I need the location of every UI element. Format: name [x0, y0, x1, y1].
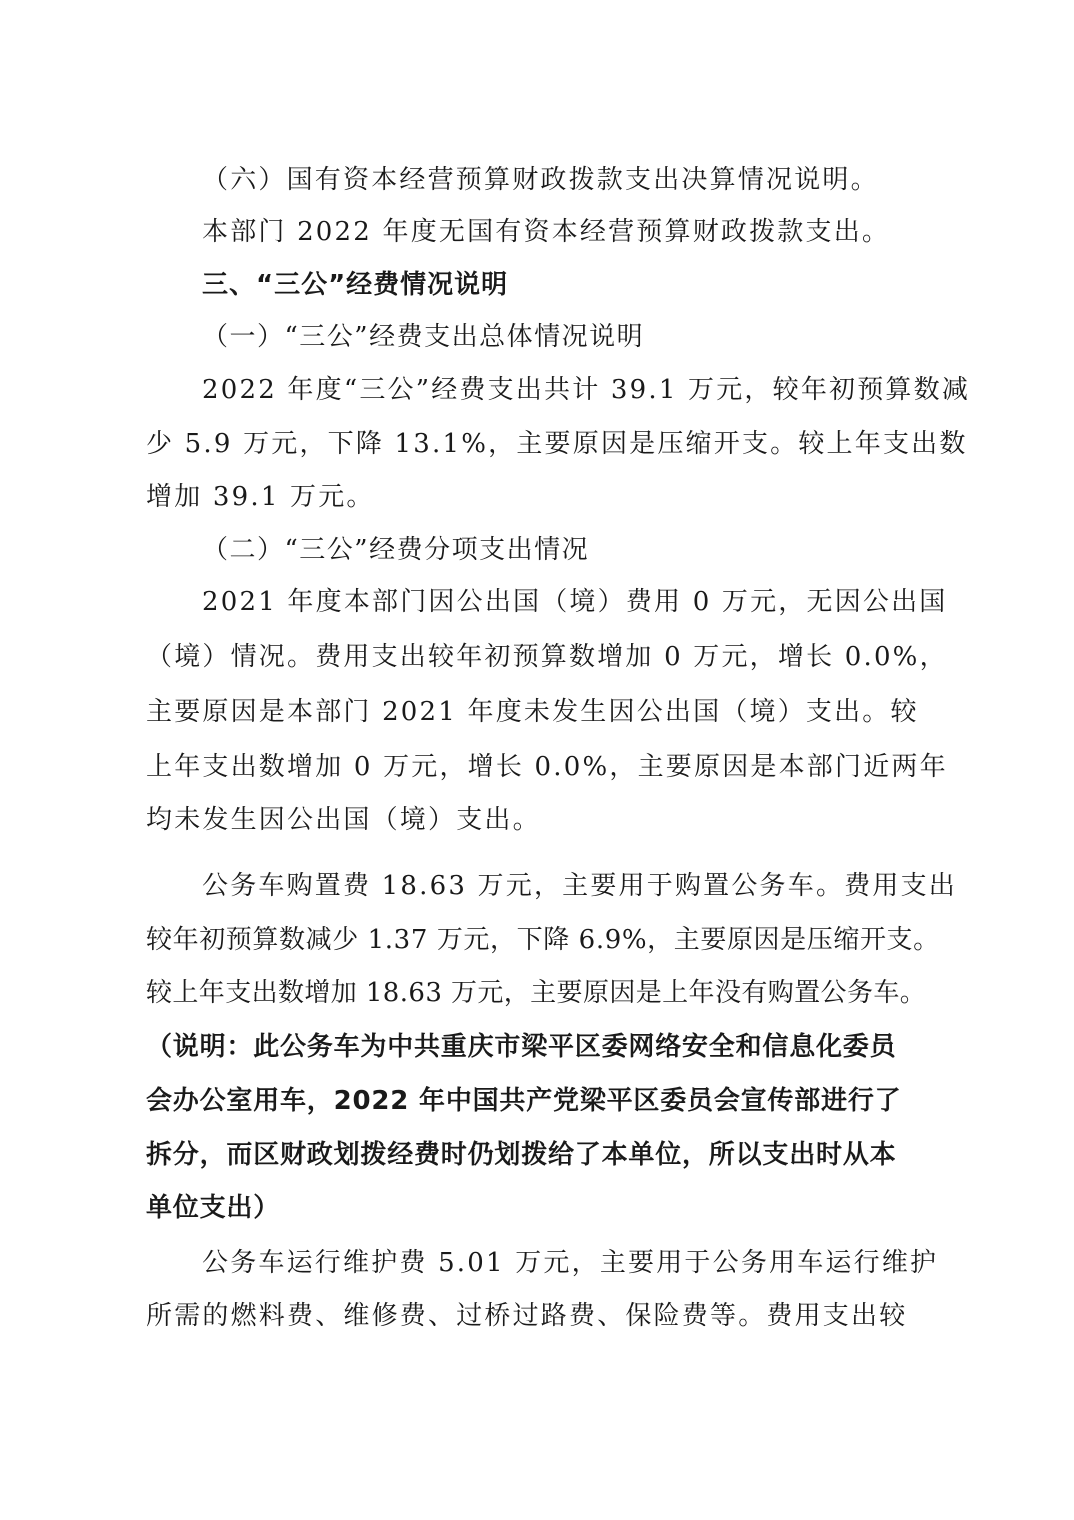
- total-paragraph-line-2: 少 5.9 万元，下降 13.1%，主要原因是压缩开支。较上年支出数: [146, 427, 946, 461]
- purchase-paragraph-line-2: 较年初预算数减少 1.37 万元，下降 6.9%，主要原因是压缩开支。: [146, 923, 946, 957]
- note-paragraph-line-1: （说明：此公务车为中共重庆市梁平区委网络安全和信息化委员: [146, 1030, 946, 1064]
- purchase-paragraph-line-3: 较上年支出数增加 18.63 万元，主要原因是上年没有购置公务车。: [146, 976, 946, 1010]
- abroad-paragraph-line-5: 均未发生因公出国（境）支出。: [146, 803, 946, 837]
- maintenance-paragraph-line-2: 所需的燃料费、维修费、过桥过路费、保险费等。费用支出较: [146, 1299, 946, 1333]
- note-paragraph-line-3: 拆分，而区财政划拨经费时仍划拨给了本单位，所以支出时从本: [146, 1138, 946, 1172]
- section-3-heading: 三、“三公”经费情况说明: [202, 268, 1002, 302]
- section-6-title: （六）国有资本经营预算财政拨款支出决算情况说明。: [202, 163, 1002, 197]
- subsection-2-heading: （二）“三公”经费分项支出情况: [202, 533, 1002, 567]
- abroad-paragraph-line-4: 上年支出数增加 0 万元，增长 0.0%，主要原因是本部门近两年: [146, 750, 946, 784]
- note-paragraph-line-4: 单位支出）: [146, 1191, 946, 1225]
- section-6-body: 本部门 2022 年度无国有资本经营预算财政拨款支出。: [202, 215, 1002, 249]
- note-paragraph-line-2: 会办公室用车，2022 年中国共产党梁平区委员会宣传部进行了: [146, 1084, 946, 1118]
- total-paragraph-line-1: 2022 年度“三公”经费支出共计 39.1 万元，较年初预算数减: [202, 373, 1002, 407]
- total-paragraph-line-3: 增加 39.1 万元。: [146, 480, 946, 514]
- abroad-paragraph-line-3: 主要原因是本部门 2021 年度未发生因公出国（境）支出。较: [146, 695, 946, 729]
- maintenance-paragraph-line-1: 公务车运行维护费 5.01 万元，主要用于公务用车运行维护: [202, 1246, 1002, 1280]
- abroad-paragraph-line-1: 2021 年度本部门因公出国（境）费用 0 万元，无因公出国: [202, 585, 1002, 619]
- purchase-paragraph-line-1: 公务车购置费 18.63 万元，主要用于购置公务车。费用支出: [202, 869, 1002, 903]
- subsection-1-heading: （一）“三公”经费支出总体情况说明: [202, 320, 1002, 354]
- abroad-paragraph-line-2: （境）情况。费用支出较年初预算数增加 0 万元，增长 0.0%，: [146, 640, 946, 674]
- document-page: （六）国有资本经营预算财政拨款支出决算情况说明。 本部门 2022 年度无国有资…: [0, 0, 1074, 1520]
